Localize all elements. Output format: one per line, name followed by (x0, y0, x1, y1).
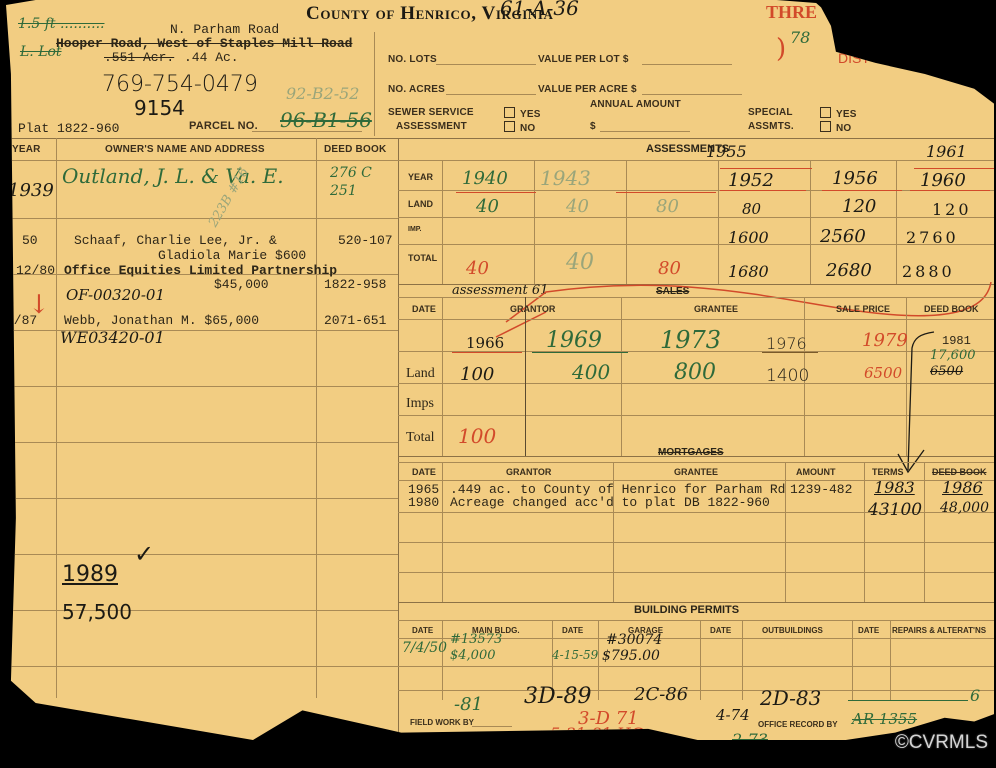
owner-name: Office Equities Limited Partnership (64, 263, 337, 278)
permits-header-outbuildings: OUTBUILDINGS (762, 626, 823, 635)
mortgage-terms-year: 1983 (874, 478, 915, 497)
old-address: Hooper Road, West of Staples Mill Road (56, 36, 352, 51)
sales-land: 800 (674, 360, 716, 385)
owner-code: OF-00320-01 (66, 286, 165, 304)
parcel-label: PARCEL NO. (189, 120, 258, 132)
assmts-label: ASSMTS. (748, 121, 794, 132)
acreage: .44 Ac. (184, 50, 239, 65)
permits-rule (398, 666, 994, 667)
mortgage-amount: 1239-482 (790, 482, 852, 497)
owner-year: 5/87 (6, 313, 37, 328)
mortgage-bottom-rule (398, 602, 994, 603)
assess-rule (398, 217, 994, 218)
owners-row-rule (6, 666, 398, 667)
assessments-over-1961: 1961 (926, 142, 967, 161)
sales-year: 1969 (546, 328, 602, 353)
page-title: County of Henrico, Virginia (306, 3, 554, 25)
sales-col (621, 297, 622, 456)
owners-row-rule (6, 386, 398, 387)
owner-price: $45,000 (214, 277, 269, 292)
no-lots-label: NO. LOTS (388, 54, 437, 65)
sales-header-grantee: GRANTEE (694, 304, 738, 314)
assess-label-total: TOTAL (408, 253, 437, 263)
assess-col (896, 160, 897, 284)
assess-label-year: YEAR (408, 172, 433, 182)
sales-land: 1400 (766, 366, 809, 386)
sewer-service-label: SEWER SERVICE (388, 107, 474, 118)
sales-label-land: Land (406, 366, 435, 382)
mortgage-text: Acreage changed acc'd to plat DB 1822-96… (450, 495, 770, 510)
mortgage-header-grantee: GRANTEE (674, 467, 718, 477)
owners-row-rule (6, 218, 398, 219)
owners-header-rule (6, 160, 398, 161)
field-work-line (472, 726, 512, 727)
permits-col (442, 620, 443, 700)
permits-header-repairs: REPAIRS & ALTERAT'NS (892, 626, 986, 635)
owners-row-rule (6, 498, 398, 499)
permit-note: -81 (454, 694, 483, 715)
annual-amount-dollar: $ (590, 121, 596, 132)
assess-imp: 2760 (906, 228, 959, 247)
assess-total: 2880 (902, 262, 955, 281)
assess-col (442, 160, 443, 284)
mortgage-deed-value: 48,000 (940, 500, 989, 516)
sales-col (442, 297, 443, 456)
permits-col (852, 620, 853, 700)
assess-total: 80 (658, 258, 681, 279)
permits-col (700, 620, 701, 700)
strike-line (848, 700, 968, 701)
special-no-checkbox[interactable]: NO (820, 121, 851, 134)
value-per-acre-label: VALUE PER ACRE $ (538, 84, 637, 95)
owner-year: 50 (22, 233, 38, 248)
sales-label-imps: Imps (406, 396, 434, 412)
permit-date: 4-15-59 (552, 648, 598, 662)
sales-year: 1981 (942, 334, 971, 348)
assess-total: 1680 (728, 262, 769, 281)
assess-rule (398, 160, 994, 161)
permit-note: 6 (970, 686, 980, 705)
property-address: N. Parham Road (170, 22, 279, 37)
owners-col-divider-1 (56, 138, 57, 698)
sales-total: 100 (458, 424, 496, 448)
mortgage-col (864, 462, 865, 602)
district-stamp-bottom: DIST (838, 50, 870, 66)
owners-header-year: YEAR (12, 144, 41, 155)
permit-date: 7/4/50 (402, 640, 447, 656)
owners-header-deed: DEED BOOK (324, 144, 386, 155)
sales-land: 400 (572, 360, 610, 384)
mortgage-terms-value: 43100 (868, 500, 922, 520)
assess-land: 40 (476, 196, 499, 217)
permit-note: 5-31-81 HC (550, 724, 643, 743)
checked-by-label: CHECKED BY (784, 740, 837, 749)
permit-garage-amount: $795.00 (602, 648, 660, 664)
red-underline (720, 168, 812, 169)
permit-note: 2C-86 (634, 684, 688, 705)
sewer-no-checkbox[interactable]: NO (504, 121, 535, 134)
special-yes-checkbox[interactable]: YES (820, 107, 857, 120)
permit-garage-number: #30074 (606, 632, 662, 648)
value-per-acre-line (642, 94, 742, 95)
red-underline (910, 190, 990, 191)
underline (762, 352, 818, 353)
district-value: 78 (790, 28, 810, 47)
permits-header-date: DATE (710, 626, 731, 635)
assess-imp: 1600 (728, 228, 769, 247)
permit-main-number: #13573 (450, 632, 502, 647)
mortgage-header-grantor: GRANTOR (506, 467, 551, 477)
sales-label-total: Total (406, 430, 435, 446)
assess-col (626, 160, 627, 284)
sewer-yes-checkbox[interactable]: YES (504, 107, 541, 120)
assess-label-land: LAND (408, 199, 433, 209)
owner-deed: 1822-958 (324, 277, 386, 292)
mortgage-col (924, 462, 925, 602)
owner-year: 12/80 (16, 263, 55, 278)
sales-rule (398, 319, 994, 320)
assessments-over-1955: 1955 (706, 142, 747, 161)
red-underline (720, 190, 806, 191)
district-stamp-top: THRE (766, 2, 817, 23)
owner-name-cont: Gladiola Marie $600 (158, 248, 306, 263)
permit-note: 4-74 (716, 706, 750, 724)
permit-note: 2-73 (732, 730, 768, 749)
assess-year: 1952 (728, 170, 774, 191)
red-underline (616, 192, 716, 193)
assess-total: 40 (566, 250, 594, 275)
sales-year: 1966 (466, 334, 504, 352)
mortgage-header-amount: AMOUNT (796, 467, 836, 477)
permits-rule (398, 620, 994, 621)
sales-land: 100 (460, 364, 494, 385)
red-underline (914, 168, 994, 169)
assess-col (810, 160, 811, 284)
owners-row-rule (6, 442, 398, 443)
mortgage-deed-year: 1986 (942, 478, 983, 497)
mortgage-rule (398, 462, 994, 463)
permits-header-date: DATE (562, 626, 583, 635)
sales-land: 17,600 (930, 348, 976, 363)
special-label: SPECIAL (748, 107, 793, 118)
permit-note: 3D-89 (524, 684, 591, 709)
owners-row-rule (6, 554, 398, 555)
assess-land: 80 (656, 196, 679, 217)
mortgage-header-deed-book: DEED BOOK (932, 467, 987, 477)
watermark: ©CVRMLS (895, 732, 988, 754)
mortgage-header-terms: TERMS (872, 467, 904, 477)
green-underline (532, 352, 628, 353)
mortgages-title: MORTGAGES (658, 447, 724, 458)
parcel-number: 96-B1-56 (280, 108, 372, 132)
red-underline (452, 352, 522, 353)
old-acreage: .551 Acr. (104, 50, 174, 65)
mortgage-header-date: DATE (412, 467, 436, 477)
black-arrow-annotation-icon (886, 328, 936, 478)
assess-col (534, 160, 535, 284)
sales-header-sale-price: SALE PRICE (836, 304, 890, 314)
permit-note: 2D-83 (760, 686, 821, 710)
mortgage-rule (398, 542, 994, 543)
alt-parcel: 92-B2-52 (286, 84, 359, 103)
no-acres-label: NO. ACRES (388, 84, 445, 95)
assess-year: 1956 (832, 168, 878, 189)
header-bottom-rule (6, 138, 994, 139)
permit-main-amount: $4,000 (450, 648, 496, 663)
assess-rule (398, 190, 994, 191)
permits-title: BUILDING PERMITS (634, 604, 739, 616)
red-underline (456, 192, 536, 193)
assess-year: 1960 (920, 170, 966, 191)
owners-header-name: OWNER'S NAME AND ADDRESS (105, 144, 265, 155)
value-per-lot-label: VALUE PER LOT $ (538, 54, 629, 65)
plat-reference: Plat 1822-960 (18, 121, 119, 136)
lot-note: L. Lot (20, 44, 62, 60)
assessment-label: ASSESSMENT (396, 121, 467, 132)
red-underline (822, 190, 902, 191)
footnote-value: 57,500 (62, 600, 132, 624)
assess-imp: 2560 (820, 226, 866, 247)
sales-year: 1976 (766, 334, 807, 353)
permits-col (742, 620, 743, 700)
assess-rule (398, 244, 994, 245)
mortgage-col (442, 462, 443, 602)
owner-name: Outland, J. L. & Va. E. (62, 164, 284, 188)
field-work-by-label: FIELD WORK BY (410, 718, 474, 727)
sales-header-deed-book: DEED BOOK (924, 304, 979, 314)
office-record-by-label: OFFICE RECORD BY (758, 720, 838, 729)
mortgage-rule (398, 572, 994, 573)
permits-header-date: DATE (858, 626, 879, 635)
assess-total: 40 (466, 258, 489, 279)
owner-name: Webb, Jonathan M. $65,000 (64, 313, 259, 328)
owner-code: WE03420-01 (60, 328, 165, 347)
no-lots-line (436, 64, 536, 65)
permits-rule (398, 690, 994, 691)
owner-deed: 276 C 251 (330, 164, 390, 200)
assess-total: 2680 (826, 260, 872, 281)
assess-land: 80 (742, 200, 761, 218)
property-record-card: 61-A-36 County of Henrico, Virginia THRE… (6, 0, 994, 740)
assess-label-imp: IMP. (408, 226, 422, 233)
district-bracket: ) (776, 34, 786, 64)
permits-col (890, 620, 891, 700)
sales-header-grantor: GRANTOR (510, 304, 555, 314)
sales-rule (398, 297, 994, 298)
value-per-lot-line (642, 64, 732, 65)
owner-year: 1939 (8, 180, 54, 201)
permits-header-date: DATE (412, 626, 433, 635)
assess-land: 120 (842, 196, 876, 217)
owner-deed: 520-107 (338, 233, 393, 248)
annual-amount-line (600, 131, 690, 132)
owner-deed: 2071-651 (324, 313, 386, 328)
address-strike-note: 1.5 ft .......... (18, 16, 104, 32)
annual-amount-label: ANNUAL AMOUNT (590, 99, 681, 110)
owner-name: Schaaf, Charlie Lee, Jr. & (74, 233, 277, 248)
mortgage-date: 1980 (408, 495, 439, 510)
gpin: 769-754-0479 (102, 72, 258, 97)
assess-col (718, 160, 719, 284)
footnote-year: 1989 (62, 562, 118, 587)
owners-col-divider-2 (316, 138, 317, 698)
gpin-suffix: 9154 (134, 96, 185, 120)
sales-col (525, 297, 526, 456)
panel-divider (398, 138, 399, 738)
office-record-value: AR 1355 (852, 710, 917, 728)
assess-land: 120 (932, 200, 972, 219)
assess-year: 1940 (462, 168, 508, 189)
header-divider (374, 32, 375, 136)
sales-header-date: DATE (412, 304, 436, 314)
no-acres-line (446, 94, 536, 95)
sales-year: 1973 (660, 326, 721, 354)
assess-year: 1943 (540, 166, 591, 190)
checkmark-icon: ✓ (134, 540, 154, 568)
assess-land: 40 (566, 196, 589, 217)
